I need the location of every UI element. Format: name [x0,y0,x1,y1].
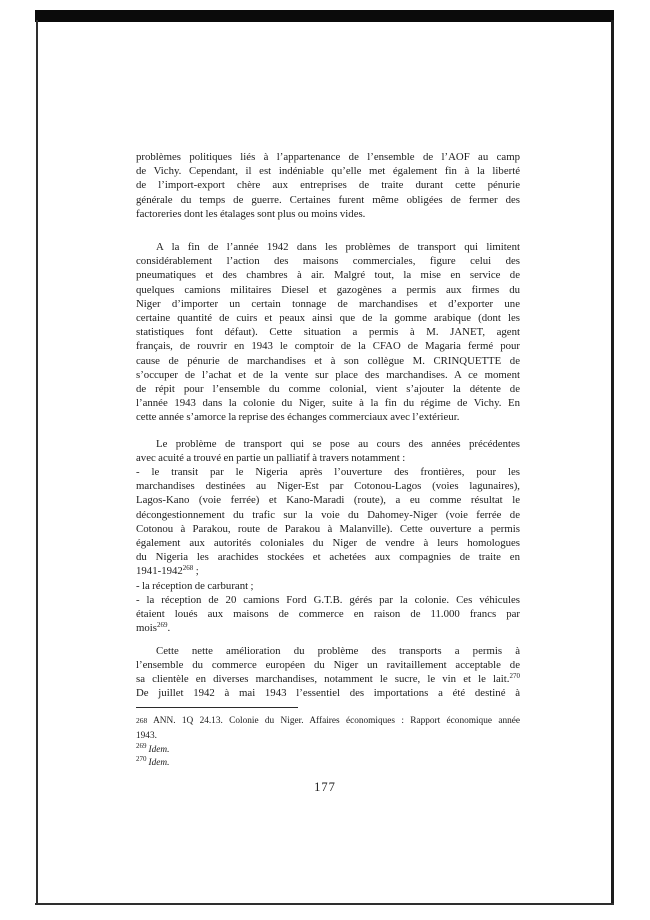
page-content: problèmes politiques liés à l’appartenan… [136,150,520,770]
text-line: 270 Idem. [136,757,520,770]
text-line: - la réception de 20 camions Ford G.T.B.… [136,593,520,607]
text-line: Cette nette amélioration du problème des… [136,644,520,658]
text-line: marchandises destinées au Niger-Est par … [136,479,520,493]
text-line: 1941-1942268 ; [136,564,520,578]
text-line: de l’import-export chère aux entreprises… [136,178,520,192]
text-line: A la fin de l’année 1942 dans les problè… [136,240,520,254]
text-line: avec acuité a trouvé en partie un pallia… [136,451,520,465]
scan-border-right [611,20,614,905]
scan-border-top [35,10,614,22]
text-line: - le transit par le Nigeria après l’ouve… [136,465,520,479]
paragraph-4: Cette nette amélioration du problème des… [136,644,520,701]
body-text: problèmes politiques liés à l’appartenan… [136,150,520,700]
text-line: Lagos-Kano (voie ferrée) et Kano-Maradi … [136,493,520,507]
text-line: français, de rouvrir en 1943 le comptoir… [136,339,520,353]
text-line: certaine quantité de cuirs et peaux ains… [136,311,520,325]
text-line: 269 Idem. [136,744,520,757]
footnotes: 268 ANN. 1Q 24.13. Colonie du Niger. Aff… [136,713,520,770]
paragraph-2: A la fin de l’année 1942 dans les problè… [136,240,520,425]
footnote-268: 268 ANN. 1Q 24.13. Colonie du Niger. Aff… [136,713,520,744]
text-line: cette année s’amorce la reprise des écha… [136,410,520,424]
text-line: 1943. [136,729,520,744]
footnote-269: 269 Idem. [136,744,520,757]
text-line: mois269. [136,621,520,635]
text-line: statistiques font défaut). Cette situati… [136,325,520,339]
text-line: Niger d’importer un certain tonnage de m… [136,297,520,311]
footnote-separator [136,707,298,708]
text-line: 268 ANN. 1Q 24.13. Colonie du Niger. Aff… [136,713,520,729]
text-line: problèmes politiques liés à l’appartenan… [136,150,520,164]
text-line: sa clientèle en diverses marchandises, n… [136,672,520,686]
text-line: - la réception de carburant ; [136,579,520,593]
text-line: pneumatiques et des chambres à air. Malg… [136,268,520,282]
text-line: Le problème de transport qui se pose au … [136,437,520,451]
text-line: quelques camions militaires Diesel et ga… [136,283,520,297]
text-line: de Vichy. Cependant, il est indéniable q… [136,164,520,178]
footnote-270: 270 Idem. [136,757,520,770]
text-line: du Nigeria les arachides stockées et ach… [136,550,520,564]
text-line: factoreries dont les étalages sont plus … [136,207,520,221]
document-page: problèmes politiques liés à l’appartenan… [0,0,650,920]
paragraph-3-intro: Le problème de transport qui se pose au … [136,437,520,465]
paragraph-3-item-carburant: - la réception de carburant ; [136,579,520,593]
text-line: s’occuper de l’achat et de la vente sur … [136,368,520,382]
text-line: de répit pour l’ensemble du comme coloni… [136,382,520,396]
scan-border-bottom [35,903,614,905]
text-line: De juillet 1942 à mai 1943 l’essentiel d… [136,686,520,700]
text-line: étaient loués aux maisons de commerce en… [136,607,520,621]
text-line: considérablement l’action des maisons co… [136,254,520,268]
text-line: générale du temps de guerre. Certaines f… [136,193,520,207]
paragraph-3-item-camions: - la réception de 20 camions Ford G.T.B.… [136,593,520,636]
page-number: 177 [0,780,650,795]
scan-border-left [36,20,38,905]
text-line: Cotonou à Parakou, route de Parakou à Ma… [136,522,520,536]
text-line: l’année 1943 dans la colonie du Niger, s… [136,396,520,410]
text-line: cause de pénurie de marchandises et à so… [136,354,520,368]
paragraph-1: problèmes politiques liés à l’appartenan… [136,150,520,221]
text-line: l’ensemble du commerce européen du Niger… [136,658,520,672]
text-line: décongestionnement du trafic sur la voie… [136,508,520,522]
paragraph-3-item-transit: - le transit par le Nigeria après l’ouve… [136,465,520,579]
text-line: également aux autorités coloniales du Ni… [136,536,520,550]
